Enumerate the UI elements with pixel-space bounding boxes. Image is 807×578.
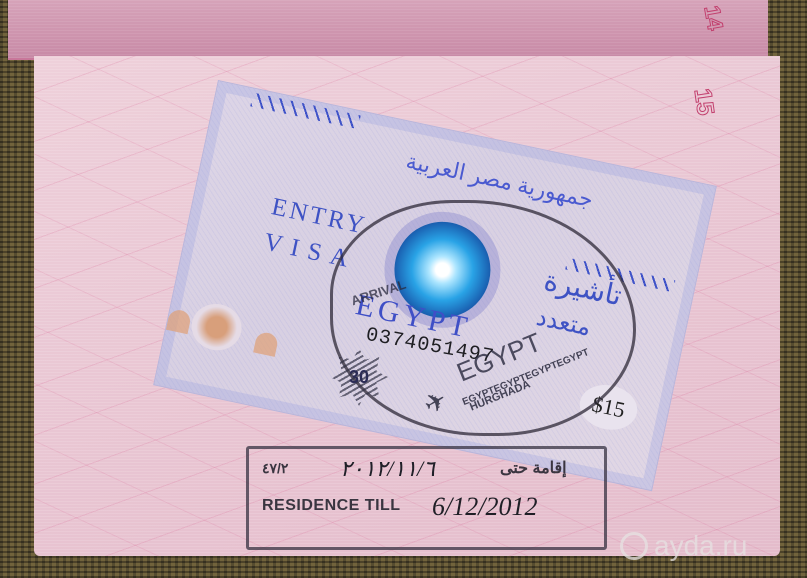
days-badge: 30 — [330, 348, 388, 406]
lotus-icon — [166, 308, 192, 334]
watermark: ayda.ru — [620, 530, 747, 562]
residence-date-arabic: ٢٠١٢/١١/٦ — [340, 456, 435, 482]
eagle-emblem-icon — [187, 299, 245, 354]
days-value: 30 — [349, 367, 369, 388]
residence-label: RESIDENCE TILL — [262, 497, 401, 515]
previous-passport-page: 14 — [8, 0, 768, 60]
page-number-14: 14 — [698, 4, 728, 33]
residence-label-arabic: إقامة حتى — [500, 458, 567, 478]
lotus-icon — [253, 331, 279, 357]
residence-hijri-label: ٤٧/٢ — [262, 460, 288, 477]
page-number-15: 15 — [688, 87, 719, 117]
watermark-text: ayda.ru — [654, 530, 747, 562]
sun-spiral-icon — [620, 532, 648, 560]
residence-date: 6/12/2012 — [432, 492, 537, 522]
